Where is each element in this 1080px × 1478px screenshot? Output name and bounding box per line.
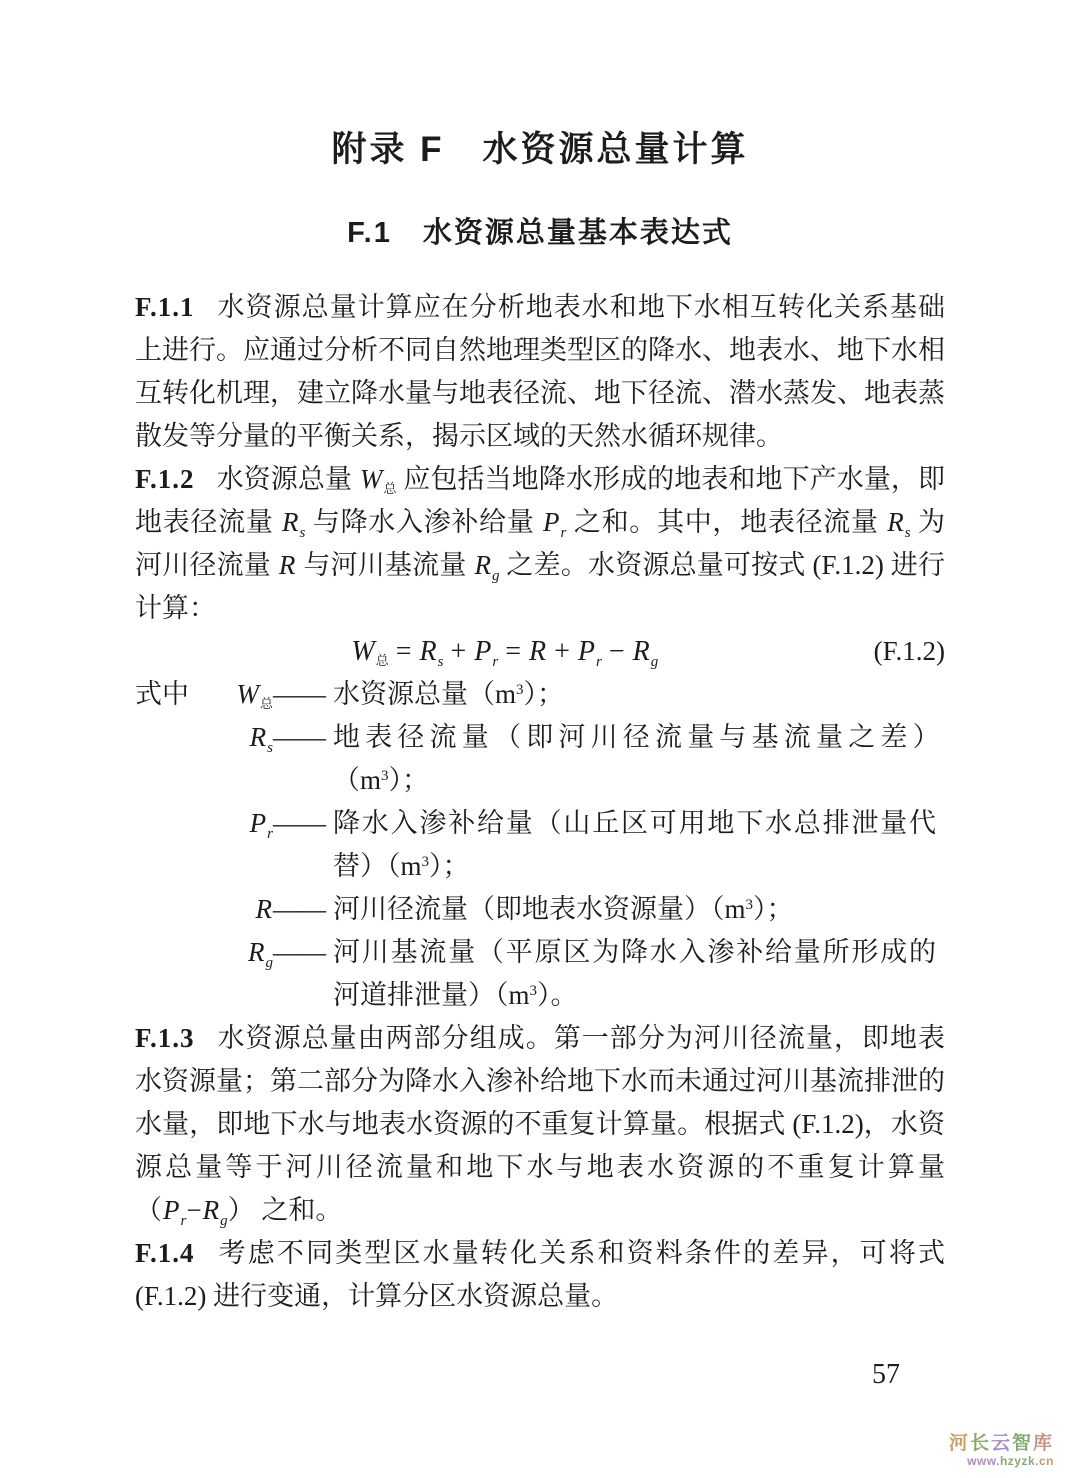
clause-f11-1-label: F.1.1 <box>135 292 195 322</box>
document-page: 附录 F 水资源总量计算 F.1 水资源总量基本表达式 F.1.1水资源总量计算… <box>0 0 1080 1478</box>
where-symbol: Rg <box>227 931 273 1017</box>
watermark-url: www.hzyzk.cn <box>949 1454 1054 1468</box>
where-dash: —— <box>273 931 333 1017</box>
watermark-logo-text: 河长云智库 <box>949 1433 1054 1454</box>
clause-f11-1: F.1.1水资源总量计算应在分析地表水和地下水相互转化关系基础上进行。应通过分析… <box>135 286 945 458</box>
where-definition: 地表径流量（即河川径流量与基流量之差）（m3）； <box>333 716 945 802</box>
where-symbol: Rs <box>227 716 273 802</box>
where-dash: —— <box>273 888 333 931</box>
page-number: 57 <box>872 1360 900 1390</box>
clause-f12-2: F.1.2水资源总量 W总 应包括当地降水形成的地表和地下产水量，即地表径流量 … <box>135 458 945 630</box>
section-heading: F.1 水资源总量基本表达式 <box>0 216 1080 250</box>
where-entry: Rs —— 地表径流量（即河川径流量与基流量之差）（m3）； <box>135 716 945 802</box>
where-definition: 河川径流量（即地表水资源量）（m3）； <box>333 888 945 931</box>
where-symbol: W总 <box>227 673 273 716</box>
where-symbol: Pr <box>227 802 273 888</box>
formula-number: (F.1.2) <box>874 630 945 673</box>
where-list: 式中 W总 —— 水资源总量（m3）； Rs —— 地表径流量（即河川径流量与基… <box>135 673 945 1017</box>
where-entry: R —— 河川径流量（即地表水资源量）（m3）； <box>135 888 945 931</box>
formula-expression: W总 = Rs + Pr = R + Pr − Rg <box>135 630 874 673</box>
where-definition: 降水入渗补给量（山丘区可用地下水总排泄量代替）（m3）； <box>333 802 945 888</box>
where-intro: 式中 <box>135 673 227 716</box>
clause-f13-3-label: F.1.3 <box>135 1023 195 1053</box>
where-dash: —— <box>273 716 333 802</box>
clause-f14-4-label: F.1.4 <box>135 1238 195 1268</box>
where-definition: 河川基流量（平原区为降水入渗补给量所形成的河道排泄量）（m3）。 <box>333 931 945 1017</box>
where-dash: —— <box>273 673 333 716</box>
clause-f12-2-text: 水资源总量 W总 应包括当地降水形成的地表和地下产水量，即地表径流量 Rs 与降… <box>135 464 945 623</box>
where-dash: —— <box>273 802 333 888</box>
watermark: 河长云智库 www.hzyzk.cn <box>949 1433 1054 1468</box>
clause-f13-3-text: 水资源总量由两部分组成。第一部分为河川径流量，即地表水资源量；第二部分为降水入渗… <box>135 1023 945 1225</box>
clause-f13-3: F.1.3水资源总量由两部分组成。第一部分为河川径流量，即地表水资源量；第二部分… <box>135 1017 945 1232</box>
where-entry: 式中 W总 —— 水资源总量（m3）； <box>135 673 945 716</box>
appendix-title: 附录 F 水资源总量计算 <box>0 0 1080 170</box>
formula-row: W总 = Rs + Pr = R + Pr − Rg (F.1.2) <box>135 630 945 673</box>
clause-f14-4-text: 考虑不同类型区水量转化关系和资料条件的差异，可将式 (F.1.2) 进行变通，计… <box>135 1238 945 1311</box>
document-body: F.1.1水资源总量计算应在分析地表水和地下水相互转化关系基础上进行。应通过分析… <box>135 286 945 1318</box>
clause-f12-2-label: F.1.2 <box>135 464 195 494</box>
clause-f11-1-text: 水资源总量计算应在分析地表水和地下水相互转化关系基础上进行。应通过分析不同自然地… <box>135 292 945 451</box>
where-entry: Rg —— 河川基流量（平原区为降水入渗补给量所形成的河道排泄量）（m3）。 <box>135 931 945 1017</box>
where-definition: 水资源总量（m3）； <box>333 673 945 716</box>
clause-f14-4: F.1.4考虑不同类型区水量转化关系和资料条件的差异，可将式 (F.1.2) 进… <box>135 1232 945 1318</box>
where-symbol: R <box>227 888 273 931</box>
where-entry: Pr —— 降水入渗补给量（山丘区可用地下水总排泄量代替）（m3）； <box>135 802 945 888</box>
